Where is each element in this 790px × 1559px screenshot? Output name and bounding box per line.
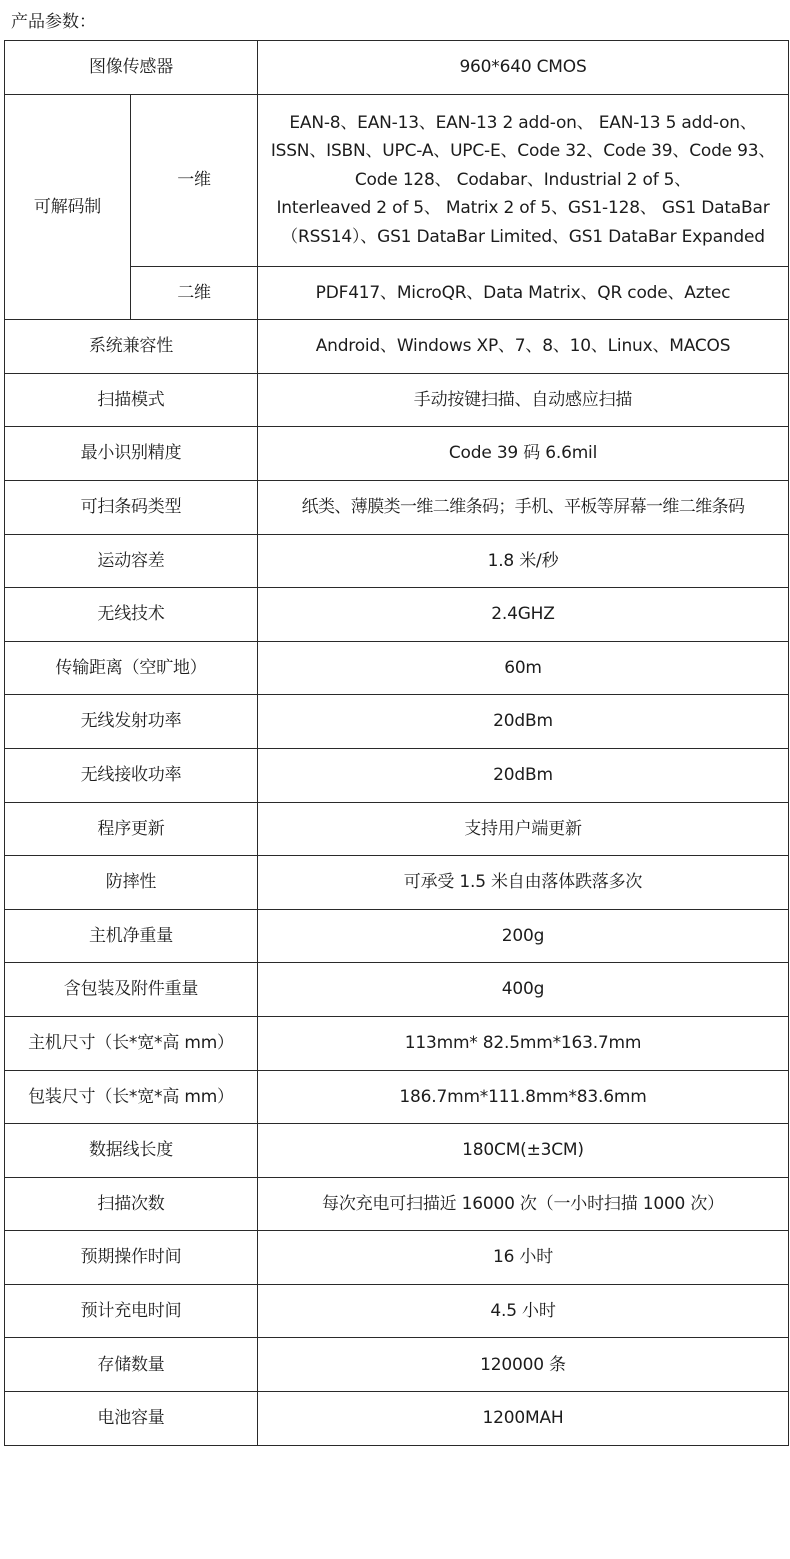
table-row: 运动容差 1.8 米/秒 [5,534,789,588]
table-row: 扫描次数 每次充电可扫描近 16000 次（一小时扫描 1000 次） [5,1177,789,1231]
spec-value: 支持用户端更新 [258,802,789,856]
table-row: 程序更新 支持用户端更新 [5,802,789,856]
symbology-line: Code 128、 Codabar、Industrial 2 of 5、 [262,166,784,195]
symbology-line: Interleaved 2 of 5、 Matrix 2 of 5、GS1-12… [262,194,784,223]
spec-value: 16 小时 [258,1231,789,1285]
spec-value: 20dBm [258,748,789,802]
table-row: 电池容量 1200MAH [5,1392,789,1446]
spec-label: 扫描次数 [5,1177,258,1231]
decode-1d-label: 一维 [131,94,258,266]
spec-label: 可扫条码类型 [5,480,258,534]
spec-value: 4.5 小时 [258,1284,789,1338]
spec-label: 主机尺寸（长*宽*高 mm） [5,1016,258,1070]
spec-label: 包装尺寸（长*宽*高 mm） [5,1070,258,1124]
symbology-line: ISSN、ISBN、UPC-A、UPC-E、Code 32、Code 39、Co… [262,137,784,166]
spec-value: 120000 条 [258,1338,789,1392]
table-row-decode-1d: 可解码制 一维 EAN-8、EAN-13、EAN-13 2 add-on、 EA… [5,94,789,266]
spec-label: 传输距离（空旷地） [5,641,258,695]
table-row: 主机净重量 200g [5,909,789,963]
spec-value: 每次充电可扫描近 16000 次（一小时扫描 1000 次） [258,1177,789,1231]
table-row: 防摔性 可承受 1.5 米自由落体跌落多次 [5,856,789,910]
spec-value: 可承受 1.5 米自由落体跌落多次 [258,856,789,910]
spec-value: 20dBm [258,695,789,749]
spec-label: 程序更新 [5,802,258,856]
spec-value: 186.7mm*111.8mm*83.6mm [258,1070,789,1124]
table-row: 可扫条码类型 纸类、薄膜类一维二维条码；手机、平板等屏幕一维二维条码 [5,480,789,534]
table-row: 无线接收功率 20dBm [5,748,789,802]
spec-value: 60m [258,641,789,695]
table-row: 预期操作时间 16 小时 [5,1231,789,1285]
spec-label: 预计充电时间 [5,1284,258,1338]
spec-value: 手动按键扫描、自动感应扫描 [258,373,789,427]
table-row: 数据线长度 180CM(±3CM) [5,1124,789,1178]
spec-value: 113mm* 82.5mm*163.7mm [258,1016,789,1070]
table-row: 最小识别精度 Code 39 码 6.6mil [5,427,789,481]
decode-label: 可解码制 [5,94,131,320]
spec-label: 防摔性 [5,856,258,910]
table-row: 主机尺寸（长*宽*高 mm） 113mm* 82.5mm*163.7mm [5,1016,789,1070]
spec-label: 电池容量 [5,1392,258,1446]
spec-value: 2.4GHZ [258,588,789,642]
spec-label: 预期操作时间 [5,1231,258,1285]
spec-value: Android、Windows XP、7、8、10、Linux、MACOS [258,320,789,374]
spec-label: 存储数量 [5,1338,258,1392]
table-row: 预计充电时间 4.5 小时 [5,1284,789,1338]
table-row: 无线技术 2.4GHZ [5,588,789,642]
page-title: 产品参数： [11,11,96,33]
spec-value: 1.8 米/秒 [258,534,789,588]
spec-label: 运动容差 [5,534,258,588]
table-row: 扫描模式 手动按键扫描、自动感应扫描 [5,373,789,427]
table-row: 系统兼容性 Android、Windows XP、7、8、10、Linux、MA… [5,320,789,374]
table-row: 传输距离（空旷地） 60m [5,641,789,695]
spec-label: 最小识别精度 [5,427,258,481]
spec-label: 无线发射功率 [5,695,258,749]
symbology-line: （RSS14）、GS1 DataBar Limited、GS1 DataBar … [262,223,784,252]
spec-label: 主机净重量 [5,909,258,963]
spec-label: 图像传感器 [5,41,258,95]
table-row: 含包装及附件重量 400g [5,963,789,1017]
symbology-line: EAN-8、EAN-13、EAN-13 2 add-on、 EAN-13 5 a… [262,109,784,138]
decode-2d-value: PDF417、MicroQR、Data Matrix、QR code、Aztec [258,266,789,320]
spec-label: 系统兼容性 [5,320,258,374]
spec-value: 960*640 CMOS [258,41,789,95]
spec-label: 无线技术 [5,588,258,642]
table-row: 存储数量 120000 条 [5,1338,789,1392]
decode-1d-value: EAN-8、EAN-13、EAN-13 2 add-on、 EAN-13 5 a… [258,94,789,266]
spec-value: Code 39 码 6.6mil [258,427,789,481]
table-row: 无线发射功率 20dBm [5,695,789,749]
spec-value: 纸类、薄膜类一维二维条码；手机、平板等屏幕一维二维条码 [258,480,789,534]
spec-label: 扫描模式 [5,373,258,427]
spec-value: 180CM(±3CM) [258,1124,789,1178]
table-row: 图像传感器 960*640 CMOS [5,41,789,95]
spec-value: 400g [258,963,789,1017]
spec-label: 数据线长度 [5,1124,258,1178]
table-row: 包装尺寸（长*宽*高 mm） 186.7mm*111.8mm*83.6mm [5,1070,789,1124]
spec-label: 无线接收功率 [5,748,258,802]
spec-value: 1200MAH [258,1392,789,1446]
spec-value: 200g [258,909,789,963]
decode-2d-label: 二维 [131,266,258,320]
product-spec-table: 图像传感器 960*640 CMOS 可解码制 一维 EAN-8、EAN-13、… [4,40,789,1446]
spec-label: 含包装及附件重量 [5,963,258,1017]
